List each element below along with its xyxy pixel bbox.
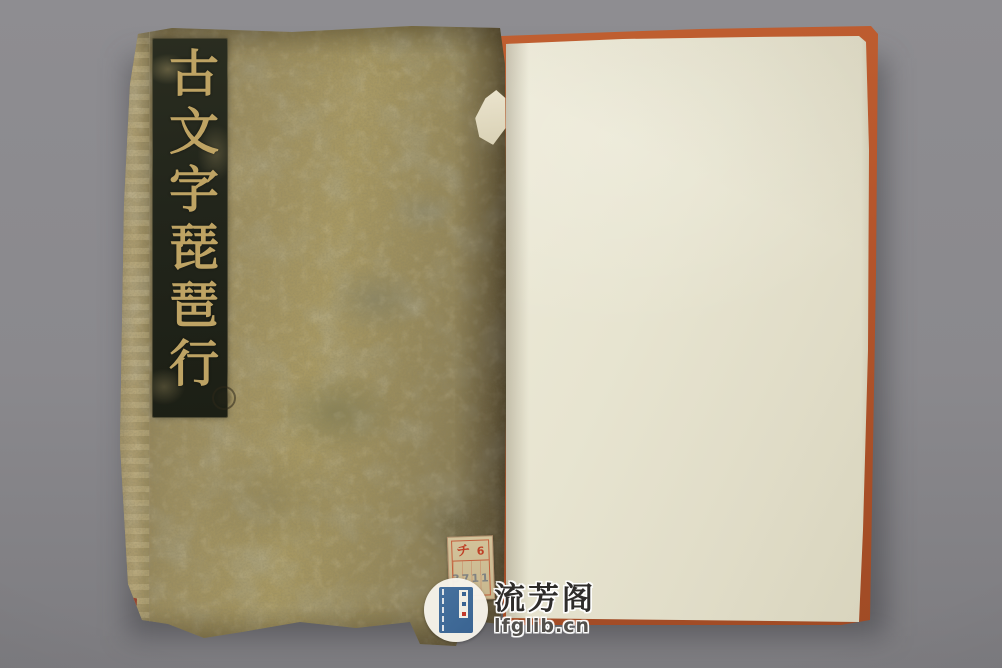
watermark-site-url: lfglib.cn (494, 617, 596, 636)
book-icon-title-strip (459, 590, 468, 618)
watermark-site-name: 流芳阁 (494, 584, 596, 615)
book-icon-stitching (442, 589, 444, 631)
book-icon-text-mark (462, 592, 466, 596)
book-front-cover: 古文字琵琶行 チ 6 3711 (112, 24, 510, 650)
book-icon-text-mark (462, 602, 466, 606)
blank-first-page (503, 30, 875, 628)
photo-of-antique-book: 古文字琵琶行 チ 6 3711 (0, 0, 1002, 668)
title-slip-text: 古文字琵琶行 (165, 47, 215, 395)
book-icon-seal-dot (462, 612, 466, 616)
title-slip: 古文字琵琶行 (152, 38, 228, 418)
call-number-kana: チ (456, 544, 470, 558)
stitched-book-icon (439, 587, 473, 633)
watermark-badge (424, 578, 488, 642)
call-number-digit: 6 (477, 545, 485, 556)
site-watermark: 流芳阁 lfglib.cn (424, 578, 596, 642)
